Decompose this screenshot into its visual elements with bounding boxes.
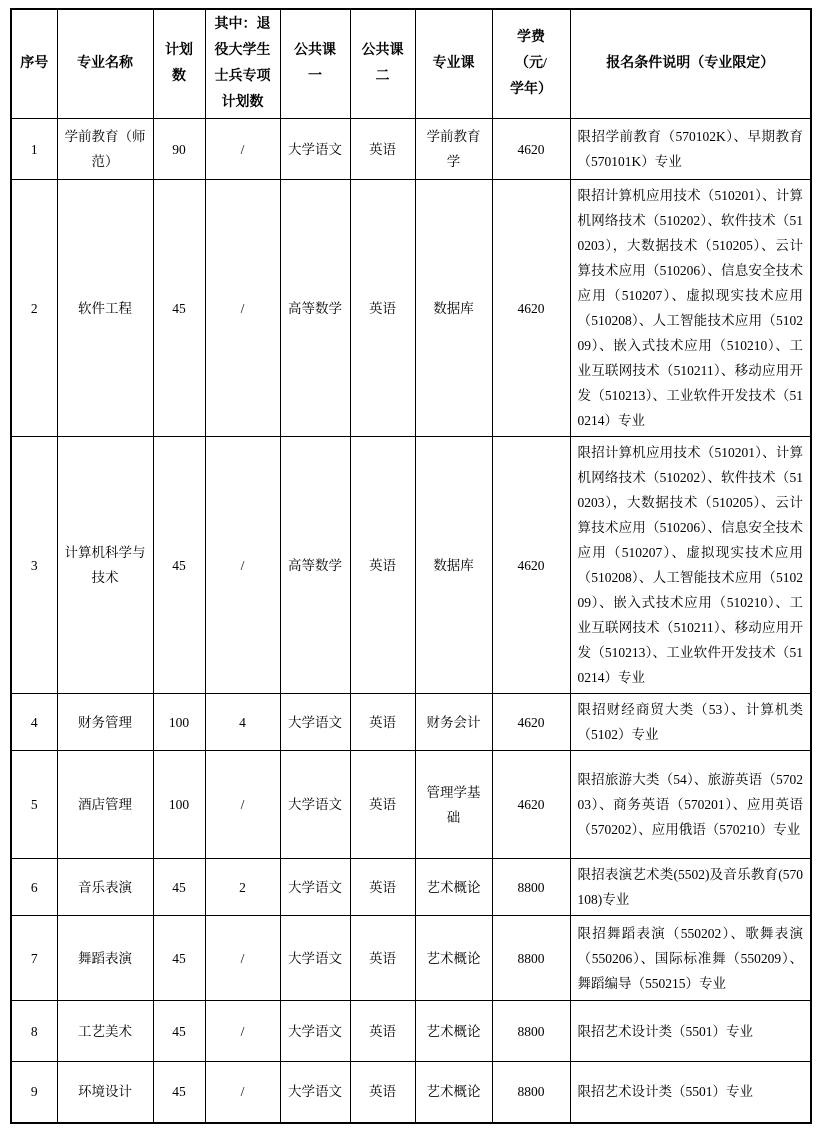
cell-major-course: 数据库: [415, 180, 492, 437]
cell-veteran-plan-count: /: [205, 751, 280, 859]
cell-plan-count: 100: [153, 751, 205, 859]
cell-major-name: 工艺美术: [57, 1001, 153, 1062]
table-row: 5 酒店管理 100 / 大学语文 英语 管理学基础 4620 限招旅游大类（5…: [11, 751, 811, 859]
cell-public-course-1: 大学语文: [280, 119, 350, 180]
cell-plan-count: 90: [153, 119, 205, 180]
cell-tuition: 4620: [492, 694, 570, 751]
cell-tuition: 4620: [492, 437, 570, 694]
cell-veteran-plan-count: 2: [205, 859, 280, 916]
cell-no: 8: [11, 1001, 57, 1062]
cell-plan-count: 45: [153, 859, 205, 916]
cell-no: 2: [11, 180, 57, 437]
cell-tuition: 4620: [492, 180, 570, 437]
cell-no: 9: [11, 1062, 57, 1123]
table-row: 2 软件工程 45 / 高等数学 英语 数据库 4620 限招计算机应用技术（5…: [11, 180, 811, 437]
table-row: 9 环境设计 45 / 大学语文 英语 艺术概论 8800 限招艺术设计类（55…: [11, 1062, 811, 1123]
header-veteran-plan-count: 其中：退 役大学生 士兵专项 计划数: [205, 9, 280, 119]
page: { "page": { "background_color": "#ffffff…: [0, 0, 817, 1129]
cell-major-name: 环境设计: [57, 1062, 153, 1123]
cell-major-course: 财务会计: [415, 694, 492, 751]
cell-public-course-1: 大学语文: [280, 751, 350, 859]
cell-conditions: 限招财经商贸大类（53）、计算机类（5102）专业: [570, 694, 811, 751]
table-row: 7 舞蹈表演 45 / 大学语文 英语 艺术概论 8800 限招舞蹈表演（550…: [11, 916, 811, 1001]
cell-public-course-2: 英语: [350, 437, 415, 694]
table-row: 8 工艺美术 45 / 大学语文 英语 艺术概论 8800 限招艺术设计类（55…: [11, 1001, 811, 1062]
cell-tuition: 8800: [492, 916, 570, 1001]
cell-tuition: 8800: [492, 859, 570, 916]
cell-no: 4: [11, 694, 57, 751]
cell-public-course-2: 英语: [350, 1062, 415, 1123]
header-plan-count: 计划 数: [153, 9, 205, 119]
cell-conditions: 限招学前教育（570102K）、早期教育（570101K）专业: [570, 119, 811, 180]
header-public-course-1: 公共课 一: [280, 9, 350, 119]
cell-major-name: 酒店管理: [57, 751, 153, 859]
cell-no: 6: [11, 859, 57, 916]
cell-conditions: 限招艺术设计类（5501）专业: [570, 1001, 811, 1062]
header-public-course-2: 公共课 二: [350, 9, 415, 119]
cell-conditions: 限招旅游大类（54）、旅游英语（570203）、商务英语（570201）、应用英…: [570, 751, 811, 859]
cell-conditions: 限招表演艺术类(5502)及音乐教育(570108)专业: [570, 859, 811, 916]
header-tuition: 学费 （元/ 学年）: [492, 9, 570, 119]
cell-tuition: 4620: [492, 751, 570, 859]
cell-public-course-2: 英语: [350, 119, 415, 180]
cell-veteran-plan-count: /: [205, 1001, 280, 1062]
cell-conditions: 限招计算机应用技术（510201）、计算机网络技术（510202）、软件技术（5…: [570, 437, 811, 694]
cell-plan-count: 45: [153, 437, 205, 694]
cell-major-name: 计算机科学与技术: [57, 437, 153, 694]
cell-major-course: 艺术概论: [415, 916, 492, 1001]
cell-tuition: 4620: [492, 119, 570, 180]
cell-major-name: 舞蹈表演: [57, 916, 153, 1001]
cell-major-name: 财务管理: [57, 694, 153, 751]
cell-major-name: 学前教育（师范）: [57, 119, 153, 180]
cell-major-name: 音乐表演: [57, 859, 153, 916]
header-major-course: 专业课: [415, 9, 492, 119]
cell-plan-count: 45: [153, 916, 205, 1001]
cell-no: 1: [11, 119, 57, 180]
cell-major-name: 软件工程: [57, 180, 153, 437]
table-row: 3 计算机科学与技术 45 / 高等数学 英语 数据库 4620 限招计算机应用…: [11, 437, 811, 694]
cell-public-course-1: 大学语文: [280, 1001, 350, 1062]
cell-major-course: 学前教育学: [415, 119, 492, 180]
cell-conditions: 限招舞蹈表演（550202）、歌舞表演（550206）、国际标准舞（550209…: [570, 916, 811, 1001]
cell-public-course-2: 英语: [350, 180, 415, 437]
cell-no: 5: [11, 751, 57, 859]
cell-public-course-1: 大学语文: [280, 694, 350, 751]
cell-plan-count: 45: [153, 1062, 205, 1123]
cell-plan-count: 45: [153, 1001, 205, 1062]
cell-veteran-plan-count: /: [205, 916, 280, 1001]
table-header-row: 序号 专业名称 计划 数 其中：退 役大学生 士兵专项 计划数 公共课 一 公共…: [11, 9, 811, 119]
cell-public-course-1: 大学语文: [280, 859, 350, 916]
header-no: 序号: [11, 9, 57, 119]
cell-public-course-1: 大学语文: [280, 1062, 350, 1123]
cell-public-course-1: 大学语文: [280, 916, 350, 1001]
cell-tuition: 8800: [492, 1062, 570, 1123]
cell-veteran-plan-count: /: [205, 437, 280, 694]
cell-major-course: 数据库: [415, 437, 492, 694]
cell-veteran-plan-count: 4: [205, 694, 280, 751]
cell-veteran-plan-count: /: [205, 119, 280, 180]
cell-plan-count: 45: [153, 180, 205, 437]
cell-public-course-2: 英语: [350, 694, 415, 751]
admission-plan-table: 序号 专业名称 计划 数 其中：退 役大学生 士兵专项 计划数 公共课 一 公共…: [10, 8, 812, 1124]
cell-major-course: 管理学基础: [415, 751, 492, 859]
cell-public-course-2: 英语: [350, 1001, 415, 1062]
cell-major-course: 艺术概论: [415, 1062, 492, 1123]
cell-veteran-plan-count: /: [205, 1062, 280, 1123]
cell-public-course-2: 英语: [350, 916, 415, 1001]
cell-tuition: 8800: [492, 1001, 570, 1062]
cell-veteran-plan-count: /: [205, 180, 280, 437]
table-row: 4 财务管理 100 4 大学语文 英语 财务会计 4620 限招财经商贸大类（…: [11, 694, 811, 751]
cell-no: 7: [11, 916, 57, 1001]
table-row: 1 学前教育（师范） 90 / 大学语文 英语 学前教育学 4620 限招学前教…: [11, 119, 811, 180]
cell-public-course-1: 高等数学: [280, 437, 350, 694]
cell-conditions: 限招计算机应用技术（510201）、计算机网络技术（510202）、软件技术（5…: [570, 180, 811, 437]
cell-major-course: 艺术概论: [415, 1001, 492, 1062]
cell-plan-count: 100: [153, 694, 205, 751]
table-row: 6 音乐表演 45 2 大学语文 英语 艺术概论 8800 限招表演艺术类(55…: [11, 859, 811, 916]
cell-conditions: 限招艺术设计类（5501）专业: [570, 1062, 811, 1123]
cell-no: 3: [11, 437, 57, 694]
cell-public-course-2: 英语: [350, 859, 415, 916]
cell-public-course-1: 高等数学: [280, 180, 350, 437]
header-major-name: 专业名称: [57, 9, 153, 119]
cell-major-course: 艺术概论: [415, 859, 492, 916]
cell-public-course-2: 英语: [350, 751, 415, 859]
header-conditions: 报名条件说明（专业限定）: [570, 9, 811, 119]
